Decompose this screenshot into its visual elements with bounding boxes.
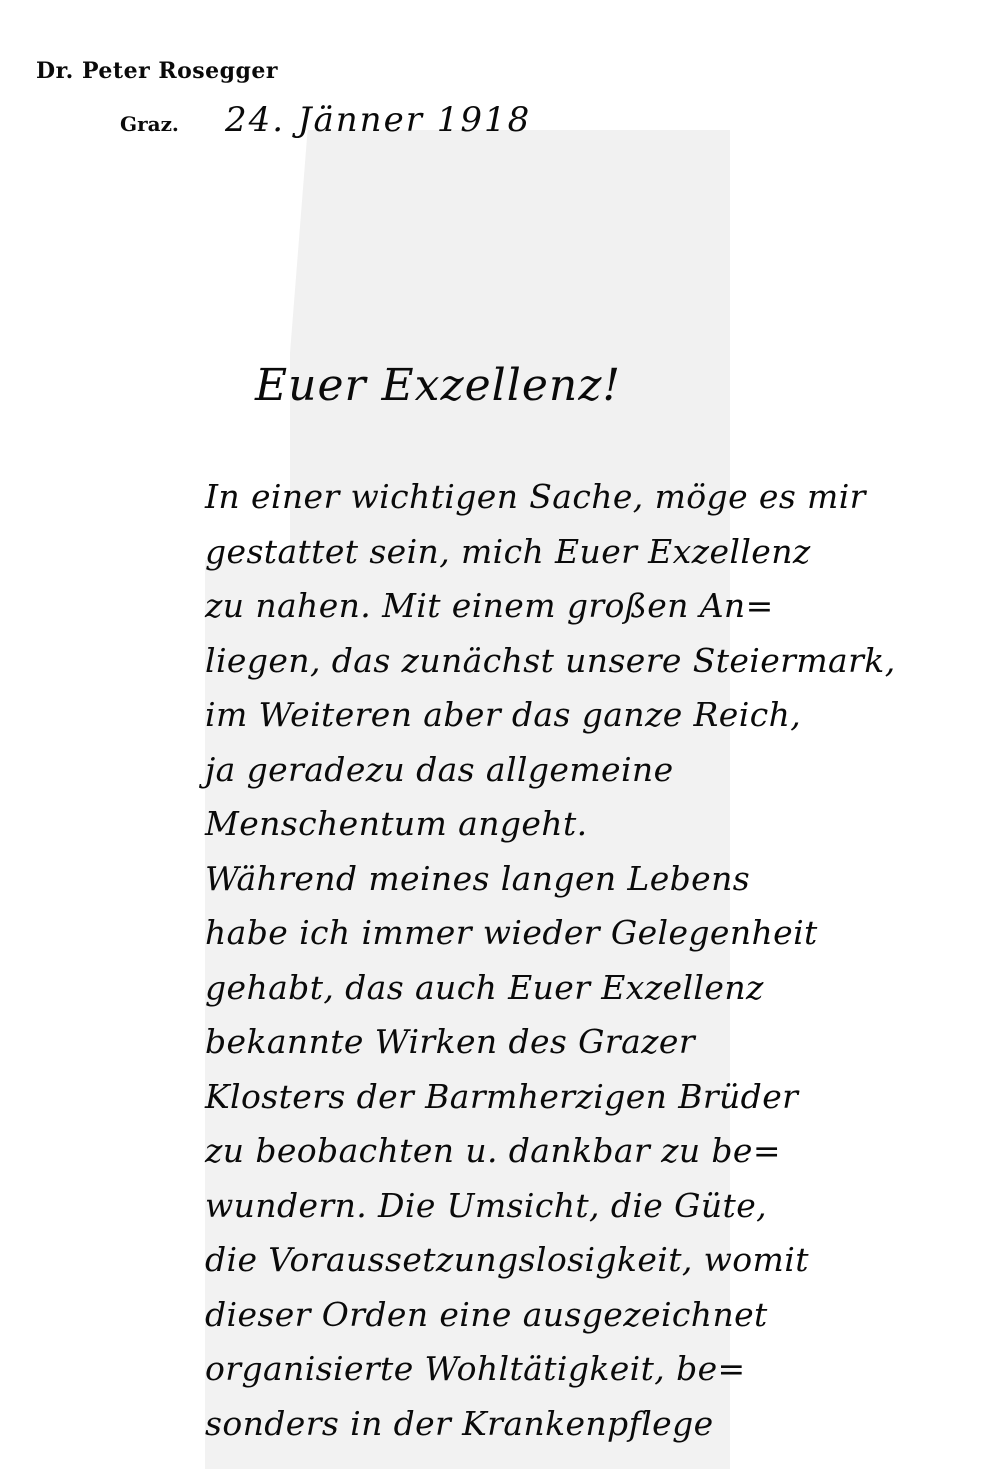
body-line: organisierte Wohltätigkeit, be= <box>205 1342 995 1397</box>
body-line: gestattet sein, mich Euer Exzellenz <box>205 525 995 580</box>
letterhead-place: Graz. <box>120 112 179 136</box>
body-line: Menschentum angeht. <box>205 797 995 852</box>
body-line: sonders in der Krankenpflege <box>205 1397 995 1452</box>
body-line: bekannte Wirken des Grazer <box>205 1015 995 1070</box>
body-line: im Weiteren aber das ganze Reich, <box>205 688 995 743</box>
body-line: liegen, das zunächst unsere Steiermark, <box>205 634 995 689</box>
body-line: Während meines langen Lebens <box>205 852 995 907</box>
body-line: In einer wichtigen Sache, möge es mir <box>205 470 995 525</box>
body-line: gehabt, das auch Euer Exzellenz <box>205 961 995 1016</box>
body-line: Klosters der Barmherzigen Brüder <box>205 1070 995 1125</box>
body-line: ja geradezu das allgemeine <box>205 743 995 798</box>
letterhead-name: Dr. Peter Rosegger <box>36 60 278 82</box>
body-line: wundern. Die Umsicht, die Güte, <box>205 1179 995 1234</box>
body-line: die Voraussetzungslosigkeit, womit <box>205 1233 995 1288</box>
letter-date: 24. Jänner 1918 <box>225 100 531 140</box>
salutation: Euer Exzellenz! <box>255 360 621 411</box>
letter-body: In einer wichtigen Sache, möge es mir ge… <box>205 470 995 1451</box>
body-line: dieser Orden eine ausgezeichnet <box>205 1288 995 1343</box>
body-line: habe ich immer wieder Gelegenheit <box>205 906 995 961</box>
body-line: zu beobachten u. dankbar zu be= <box>205 1124 995 1179</box>
body-line: zu nahen. Mit einem großen An= <box>205 579 995 634</box>
